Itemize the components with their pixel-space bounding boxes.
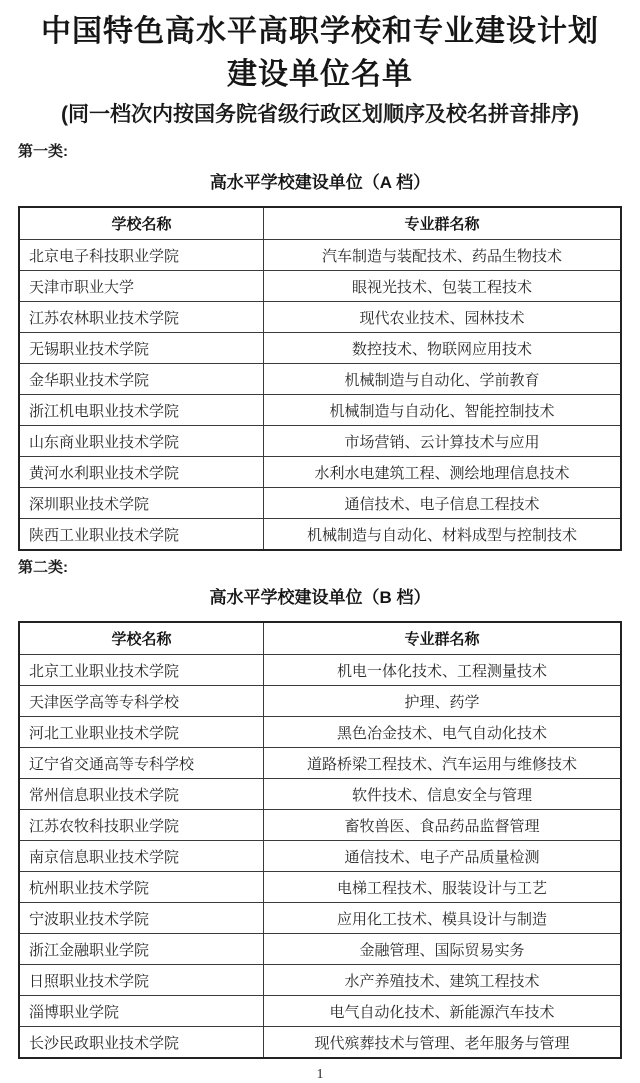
table-row: 金华职业技术学院机械制造与自动化、学前教育 bbox=[19, 364, 621, 395]
table-b-header-row: 学校名称 专业群名称 bbox=[19, 622, 621, 655]
column-header-program-group: 专业群名称 bbox=[264, 622, 622, 655]
table-row: 河北工业职业技术学院黑色冶金技术、电气自动化技术 bbox=[19, 717, 621, 748]
table-row: 黄河水利职业技术学院水利水电建筑工程、测绘地理信息技术 bbox=[19, 457, 621, 488]
program-group-cell: 机械制造与自动化、智能控制技术 bbox=[264, 395, 622, 426]
school-name-cell: 南京信息职业技术学院 bbox=[19, 841, 264, 872]
page-number: 1 bbox=[18, 1067, 622, 1083]
table-row: 日照职业技术学院水产养殖技术、建筑工程技术 bbox=[19, 965, 621, 996]
table-row: 山东商业职业技术学院市场营销、云计算技术与应用 bbox=[19, 426, 621, 457]
program-group-cell: 机械制造与自动化、材料成型与控制技术 bbox=[264, 519, 622, 551]
table-row: 北京工业职业技术学院机电一体化技术、工程测量技术 bbox=[19, 655, 621, 686]
table-b: 学校名称 专业群名称 北京工业职业技术学院机电一体化技术、工程测量技术 天津医学… bbox=[18, 621, 622, 1059]
table-a-header-row: 学校名称 专业群名称 bbox=[19, 207, 621, 240]
school-name-cell: 北京工业职业技术学院 bbox=[19, 655, 264, 686]
school-name-cell: 长沙民政职业技术学院 bbox=[19, 1027, 264, 1059]
program-group-cell: 黑色冶金技术、电气自动化技术 bbox=[264, 717, 622, 748]
document-subtitle: (同一档次内按国务院省级行政区划顺序及校名拼音排序) bbox=[18, 102, 622, 128]
program-group-cell: 软件技术、信息安全与管理 bbox=[264, 779, 622, 810]
school-name-cell: 金华职业技术学院 bbox=[19, 364, 264, 395]
table-a: 学校名称 专业群名称 北京电子科技职业学院汽车制造与装配技术、药品生物技术 天津… bbox=[18, 206, 622, 551]
program-group-cell: 护理、药学 bbox=[264, 686, 622, 717]
table-row: 淄博职业学院电气自动化技术、新能源汽车技术 bbox=[19, 996, 621, 1027]
school-name-cell: 天津市职业大学 bbox=[19, 271, 264, 302]
school-name-cell: 陕西工业职业技术学院 bbox=[19, 519, 264, 551]
program-group-cell: 道路桥梁工程技术、汽车运用与维修技术 bbox=[264, 748, 622, 779]
school-name-cell: 淄博职业学院 bbox=[19, 996, 264, 1027]
program-group-cell: 通信技术、电子产品质量检测 bbox=[264, 841, 622, 872]
document-page: 中国特色高水平高职学校和专业建设计划建设单位名单 (同一档次内按国务院省级行政区… bbox=[0, 0, 640, 1040]
school-name-cell: 河北工业职业技术学院 bbox=[19, 717, 264, 748]
school-name-cell: 杭州职业技术学院 bbox=[19, 872, 264, 903]
program-group-cell: 电梯工程技术、服装设计与工艺 bbox=[264, 872, 622, 903]
program-group-cell: 现代农业技术、园林技术 bbox=[264, 302, 622, 333]
table-row: 辽宁省交通高等专科学校道路桥梁工程技术、汽车运用与维修技术 bbox=[19, 748, 621, 779]
school-name-cell: 黄河水利职业技术学院 bbox=[19, 457, 264, 488]
program-group-cell: 畜牧兽医、食品药品监督管理 bbox=[264, 810, 622, 841]
table-b-title: 高水平学校建设单位（B 档） bbox=[18, 587, 622, 608]
table-row: 浙江机电职业技术学院机械制造与自动化、智能控制技术 bbox=[19, 395, 621, 426]
school-name-cell: 深圳职业技术学院 bbox=[19, 488, 264, 519]
document-title-line-2: 建设单位名单 bbox=[227, 58, 413, 91]
program-group-cell: 眼视光技术、包装工程技术 bbox=[264, 271, 622, 302]
table-row: 天津医学高等专科学校护理、药学 bbox=[19, 686, 621, 717]
document-title: 中国特色高水平高职学校和专业建设计划建设单位名单 bbox=[18, 10, 622, 96]
table-row: 深圳职业技术学院通信技术、电子信息工程技术 bbox=[19, 488, 621, 519]
program-group-cell: 数控技术、物联网应用技术 bbox=[264, 333, 622, 364]
table-row: 浙江金融职业学院金融管理、国际贸易实务 bbox=[19, 934, 621, 965]
program-group-cell: 电气自动化技术、新能源汽车技术 bbox=[264, 996, 622, 1027]
table-row: 无锡职业技术学院数控技术、物联网应用技术 bbox=[19, 333, 621, 364]
table-row: 南京信息职业技术学院通信技术、电子产品质量检测 bbox=[19, 841, 621, 872]
table-row: 天津市职业大学眼视光技术、包装工程技术 bbox=[19, 271, 621, 302]
program-group-cell: 现代殡葬技术与管理、老年服务与管理 bbox=[264, 1027, 622, 1059]
section-1-label: 第一类: bbox=[18, 142, 622, 161]
column-header-school-name: 学校名称 bbox=[19, 622, 264, 655]
program-group-cell: 水产养殖技术、建筑工程技术 bbox=[264, 965, 622, 996]
document-title-line-1: 中国特色高水平高职学校和专业建设计划 bbox=[41, 15, 599, 48]
table-row: 北京电子科技职业学院汽车制造与装配技术、药品生物技术 bbox=[19, 240, 621, 271]
program-group-cell: 金融管理、国际贸易实务 bbox=[264, 934, 622, 965]
school-name-cell: 浙江金融职业学院 bbox=[19, 934, 264, 965]
column-header-program-group: 专业群名称 bbox=[264, 207, 622, 240]
table-a-title: 高水平学校建设单位（A 档） bbox=[18, 172, 622, 193]
school-name-cell: 浙江机电职业技术学院 bbox=[19, 395, 264, 426]
school-name-cell: 日照职业技术学院 bbox=[19, 965, 264, 996]
program-group-cell: 机电一体化技术、工程测量技术 bbox=[264, 655, 622, 686]
school-name-cell: 常州信息职业技术学院 bbox=[19, 779, 264, 810]
table-row: 江苏农林职业技术学院现代农业技术、园林技术 bbox=[19, 302, 621, 333]
program-group-cell: 水利水电建筑工程、测绘地理信息技术 bbox=[264, 457, 622, 488]
school-name-cell: 山东商业职业技术学院 bbox=[19, 426, 264, 457]
program-group-cell: 应用化工技术、模具设计与制造 bbox=[264, 903, 622, 934]
school-name-cell: 北京电子科技职业学院 bbox=[19, 240, 264, 271]
column-header-school-name: 学校名称 bbox=[19, 207, 264, 240]
table-row: 长沙民政职业技术学院现代殡葬技术与管理、老年服务与管理 bbox=[19, 1027, 621, 1059]
school-name-cell: 天津医学高等专科学校 bbox=[19, 686, 264, 717]
program-group-cell: 市场营销、云计算技术与应用 bbox=[264, 426, 622, 457]
school-name-cell: 辽宁省交通高等专科学校 bbox=[19, 748, 264, 779]
table-row: 江苏农牧科技职业学院畜牧兽医、食品药品监督管理 bbox=[19, 810, 621, 841]
program-group-cell: 通信技术、电子信息工程技术 bbox=[264, 488, 622, 519]
school-name-cell: 宁波职业技术学院 bbox=[19, 903, 264, 934]
table-row: 常州信息职业技术学院软件技术、信息安全与管理 bbox=[19, 779, 621, 810]
table-row: 陕西工业职业技术学院机械制造与自动化、材料成型与控制技术 bbox=[19, 519, 621, 551]
school-name-cell: 江苏农牧科技职业学院 bbox=[19, 810, 264, 841]
section-2-label: 第二类: bbox=[18, 558, 622, 577]
school-name-cell: 无锡职业技术学院 bbox=[19, 333, 264, 364]
school-name-cell: 江苏农林职业技术学院 bbox=[19, 302, 264, 333]
program-group-cell: 汽车制造与装配技术、药品生物技术 bbox=[264, 240, 622, 271]
program-group-cell: 机械制造与自动化、学前教育 bbox=[264, 364, 622, 395]
table-row: 杭州职业技术学院电梯工程技术、服装设计与工艺 bbox=[19, 872, 621, 903]
table-row: 宁波职业技术学院应用化工技术、模具设计与制造 bbox=[19, 903, 621, 934]
